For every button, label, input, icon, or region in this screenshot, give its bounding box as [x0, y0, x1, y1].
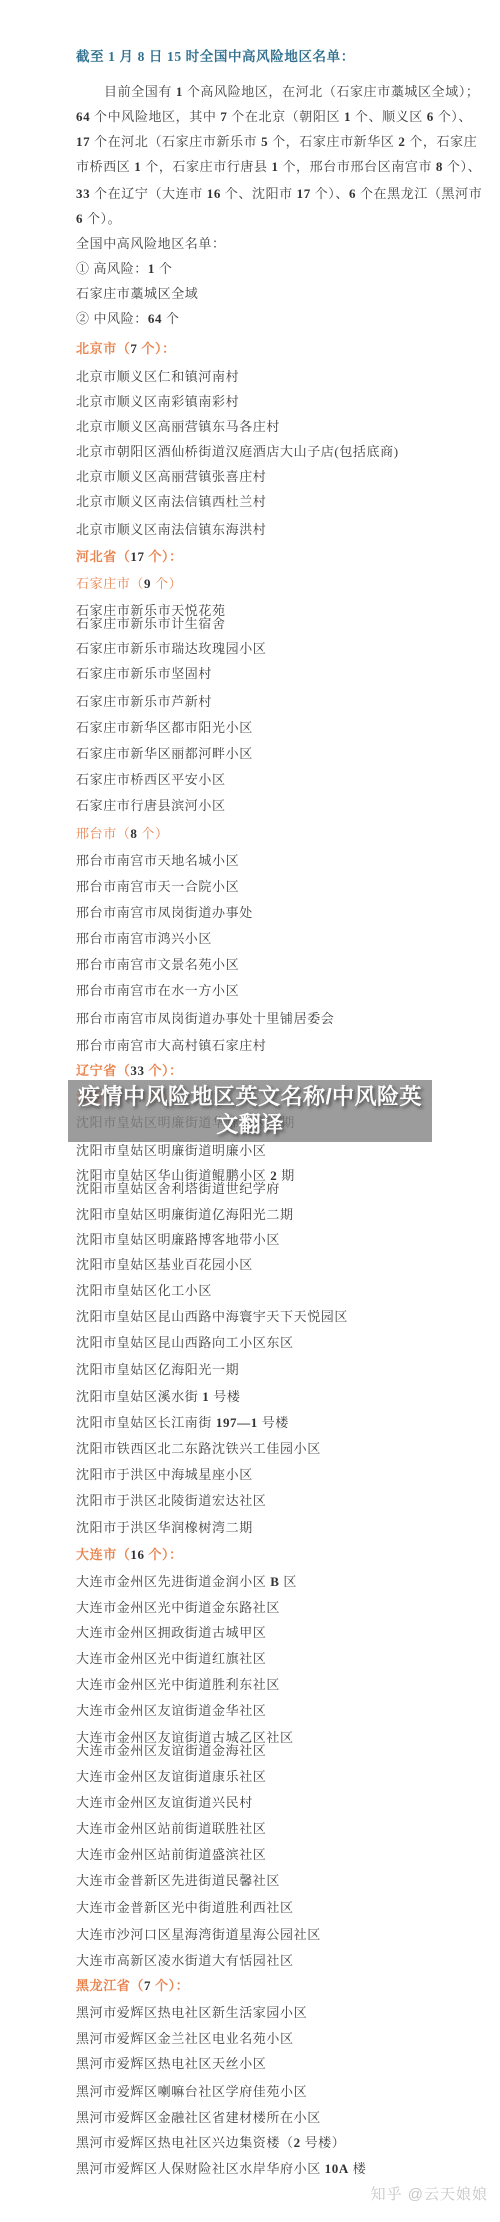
risk-area-item: 石家庄市新乐市瑞达玫瑰园小区 — [76, 641, 266, 656]
intro-line: 17 个在河北（石家庄市新乐市 5 个，石家庄市新华区 2 个，石家庄 — [76, 134, 477, 149]
risk-area-item: 大连市金州区光中街道胜利东社区 — [76, 1677, 280, 1692]
risk-area-item: 沈阳市皇姑区长江南街 197—1 号楼 — [76, 1415, 289, 1430]
risk-area-item: 邢台市南宫市天地名城小区 — [76, 853, 239, 868]
risk-area-item: 大连市沙河口区星海湾街道星海公园社区 — [76, 1927, 321, 1942]
risk-area-item: 沈阳市皇姑区亿海阳光一期 — [76, 1362, 239, 1377]
risk-area-item: 黑河市爱辉区热电社区天丝小区 — [76, 2056, 266, 2071]
risk-area-item: 石家庄市新乐市计生宿舍 — [76, 616, 226, 631]
risk-area-item: 沈阳市皇姑区舍利塔街道世纪学府 — [76, 1181, 280, 1196]
intro-line: 6 个）。 — [76, 211, 121, 226]
intro-line: 目前全国有 1 个高风险地区，在河北（石家庄市藁城区全域）； — [104, 84, 480, 99]
risk-area-item: 沈阳市皇姑区明廉街道亿海阳光二期 — [76, 1207, 294, 1222]
risk-area-item: 邢台市南宫市鸿兴小区 — [76, 931, 212, 946]
risk-area-item: 大连市金州区友谊街道金华社区 — [76, 1703, 266, 1718]
risk-area-item: 石家庄市新乐市芦新村 — [76, 694, 212, 709]
risk-area-item: 大连市金州区先进街道金润小区 B 区 — [76, 1574, 297, 1589]
risk-area-item: 邢台市南宫市凤岗街道办事处 — [76, 905, 253, 920]
risk-area-item: 北京市顺义区南法信镇西杜兰村 — [76, 494, 266, 509]
risk-area-item: 沈阳市皇姑区化工小区 — [76, 1283, 212, 1298]
risk-area-item: 大连市金州区友谊街道金海社区 — [76, 1743, 266, 1758]
risk-area-item: 北京市顺义区高丽营镇东马各庄村 — [76, 419, 280, 434]
zhihu-watermark: 知乎 @云天娘娘 — [371, 2183, 488, 2204]
risk-area-item: 黑河市爱辉区金兰社区电业名苑小区 — [76, 2031, 294, 2046]
risk-area-item: 邢台市南宫市文景名苑小区 — [76, 957, 239, 972]
risk-area-item: 北京市朝阳区酒仙桥街道汉庭酒店大山子店(包括底商) — [76, 444, 399, 459]
document-page: 截至 1 月 8 日 15 时全国中高风险地区名单： 目前全国有 1 个高风险地… — [0, 0, 500, 2222]
province-header: 北京市（7 个）： — [76, 341, 176, 356]
risk-area-item: 大连市金州区友谊街道康乐社区 — [76, 1769, 266, 1784]
province-header: 辽宁省（33 个）： — [76, 1063, 183, 1078]
intro-line: 石家庄市藁城区全域 — [76, 286, 198, 301]
risk-area-item: 沈阳市于洪区北陵街道宏达社区 — [76, 1493, 266, 1508]
risk-area-item: 大连市金普新区先进街道民馨社区 — [76, 1873, 280, 1888]
risk-area-item: 黑河市爱辉区人保财险社区水岸华府小区 10A 楼 — [76, 2161, 366, 2176]
intro-line: 64 个中风险地区，其中 7 个在北京（朝阳区 1 个、顺义区 6 个）、 — [76, 109, 472, 124]
risk-area-item: 沈阳市皇姑区明廉街道明廉小区 — [76, 1143, 266, 1158]
doc-title: 截至 1 月 8 日 15 时全国中高风险地区名单： — [76, 49, 355, 64]
risk-area-item: 大连市金州区站前街道盛滨社区 — [76, 1847, 266, 1862]
risk-area-item: 北京市顺义区高丽营镇张喜庄村 — [76, 469, 266, 484]
risk-area-item: 大连市高新区凌水街道大有恬园社区 — [76, 1953, 294, 1968]
risk-area-item: 沈阳市皇姑区明廉路博客地带小区 — [76, 1232, 280, 1247]
risk-area-item: 沈阳市皇姑区昆山西路向工小区东区 — [76, 1335, 294, 1350]
risk-area-item: 大连市金州区光中街道红旗社区 — [76, 1651, 266, 1666]
risk-area-item: 北京市顺义区仁和镇河南村 — [76, 369, 239, 384]
risk-area-item: 邢台市南宫市在水一方小区 — [76, 983, 239, 998]
risk-area-item: 黑河市爱辉区热电社区兴边集资楼（2 号楼） — [76, 2135, 345, 2150]
intro-line: ① 高风险：1 个 — [76, 261, 172, 276]
intro-line: ② 中风险：64 个 — [76, 311, 180, 326]
intro-line: 市桥西区 1 个，石家庄市行唐县 1 个，邢台市邢台区南宫市 8 个）、 — [76, 159, 481, 174]
risk-area-item: 邢台市南宫市凤岗街道办事处十里铺居委会 — [76, 1011, 334, 1026]
risk-area-item: 石家庄市新华区丽都河畔小区 — [76, 746, 253, 761]
banner-title-line1: 疫情中风险地区英文名称/中风险英 — [78, 1084, 422, 1109]
risk-area-item: 黑河市爱辉区喇嘛台社区学府佳苑小区 — [76, 2084, 307, 2099]
risk-area-item: 石家庄市行唐县滨河小区 — [76, 798, 226, 813]
risk-area-item: 沈阳市铁西区北二东路沈铁兴工佳园小区 — [76, 1441, 321, 1456]
risk-area-item: 北京市顺义区南法信镇东海洪村 — [76, 522, 266, 537]
risk-area-item: 黑河市爱辉区金融社区省建材楼所在小区 — [76, 2110, 321, 2125]
risk-area-item: 石家庄市桥西区平安小区 — [76, 772, 226, 787]
city-header: 邢台市（8 个） — [76, 826, 169, 841]
city-header: 石家庄市（9 个） — [76, 576, 182, 591]
risk-area-item: 沈阳市皇姑区基业百花园小区 — [76, 1257, 253, 1272]
banner-title: 疫情中风险地区英文名称/中风险英 文翻译 — [68, 1083, 432, 1139]
risk-area-item: 邢台市南宫市天一合院小区 — [76, 879, 239, 894]
risk-area-item: 大连市金州区拥政街道古城甲区 — [76, 1625, 266, 1640]
risk-area-item: 沈阳市于洪区中海城星座小区 — [76, 1467, 253, 1482]
risk-area-item: 沈阳市皇姑区昆山西路中海寰宇天下天悦园区 — [76, 1309, 348, 1324]
risk-area-item: 邢台市南宫市大高村镇石家庄村 — [76, 1038, 266, 1053]
risk-area-item: 沈阳市皇姑区溪水街 1 号楼 — [76, 1389, 240, 1404]
risk-area-item: 大连市金州区友谊街道兴民村 — [76, 1795, 253, 1810]
province-header: 大连市（16 个）： — [76, 1547, 183, 1562]
risk-area-item: 黑河市爱辉区热电社区新生活家园小区 — [76, 2005, 307, 2020]
risk-area-item: 大连市金州区光中街道金东路社区 — [76, 1600, 280, 1615]
province-header: 黑龙江省（7 个）： — [76, 1978, 189, 1993]
risk-area-item: 大连市金普新区光中街道胜利西社区 — [76, 1900, 294, 1915]
risk-area-item: 石家庄市新乐市坚固村 — [76, 666, 212, 681]
title-banner: 疫情中风险地区英文名称/中风险英 文翻译 — [68, 1080, 432, 1142]
risk-area-item: 北京市顺义区南彩镇南彩村 — [76, 394, 239, 409]
risk-area-item: 大连市金州区站前街道联胜社区 — [76, 1821, 266, 1836]
intro-line: 33 个在辽宁（大连市 16 个、沈阳市 17 个）、6 个在黑龙江（黑河市 — [76, 186, 482, 201]
risk-area-item: 石家庄市新华区都市阳光小区 — [76, 720, 253, 735]
banner-title-line2: 文翻译 — [216, 1112, 284, 1137]
province-header: 河北省（17 个）： — [76, 549, 183, 564]
intro-line: 全国中高风险地区名单： — [76, 236, 226, 251]
risk-area-item: 沈阳市于洪区华润橡树湾二期 — [76, 1520, 253, 1535]
